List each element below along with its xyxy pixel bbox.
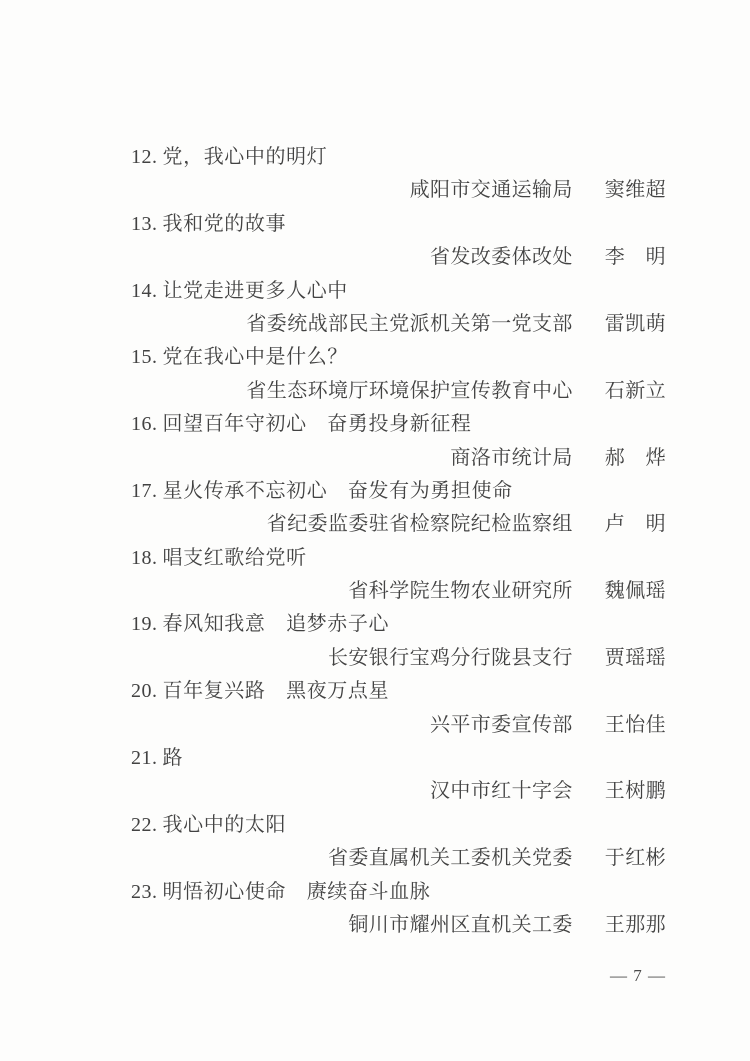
list-item: 22.我心中的太阳 省委直属机关工委机关党委于红彬 (131, 809, 666, 876)
entry-organization: 省委直属机关工委机关党委 (328, 847, 573, 869)
list-item: 18.唱支红歌给党听 省科学院生物农业研究所魏佩瑶 (131, 542, 666, 609)
entry-title: 我心中的太阳 (163, 814, 287, 836)
entry-organization: 汉中市红十字会 (430, 780, 573, 802)
entry-author: 李 明 (605, 241, 666, 274)
entry-number: 23. (131, 876, 158, 909)
page-number: — 7 — (610, 965, 666, 987)
list-item: 20.百年复兴路 黑夜万点星 兴平市委宣传部王怡佳 (131, 675, 666, 742)
entry-organization: 长安银行宝鸡分行陇县支行 (328, 647, 573, 669)
entry-title: 春风知我意 追梦赤子心 (163, 613, 390, 635)
entry-number: 17. (131, 475, 158, 508)
entry-title: 明悟初心使命 赓续奋斗血脉 (163, 881, 431, 903)
entry-title: 我和党的故事 (163, 213, 287, 235)
entry-author: 王怡佳 (605, 709, 666, 742)
entry-list: 12.党，我心中的明灯 咸阳市交通运输局窦维超 13.我和党的故事 省发改委体改… (131, 141, 666, 942)
entry-title: 星火传承不忘初心 奋发有为勇担使命 (163, 480, 513, 502)
entry-title: 让党走进更多人心中 (163, 280, 348, 302)
entry-organization: 省发改委体改处 (430, 246, 573, 268)
list-item: 16.回望百年守初心 奋勇投身新征程 商洛市统计局郝 烨 (131, 408, 666, 475)
entry-organization: 省委统战部民主党派机关第一党支部 (246, 313, 572, 335)
entry-author: 郝 烨 (605, 442, 666, 475)
entry-title: 唱支红歌给党听 (163, 547, 307, 569)
entry-author: 魏佩瑶 (605, 575, 666, 608)
entry-number: 21. (131, 742, 158, 775)
entry-author: 卢 明 (605, 508, 666, 541)
list-item: 15.党在我心中是什么？ 省生态环境厅环境保护宣传教育中心石新立 (131, 341, 666, 408)
entry-author: 石新立 (605, 375, 666, 408)
list-item: 13.我和党的故事 省发改委体改处李 明 (131, 208, 666, 275)
entry-author: 窦维超 (605, 174, 666, 207)
list-item: 23.明悟初心使命 赓续奋斗血脉 铜川市耀州区直机关工委王那那 (131, 876, 666, 943)
entry-organization: 省纪委监委驻省检察院纪检监察组 (267, 513, 573, 535)
entry-title: 党在我心中是什么？ (163, 346, 348, 368)
entry-number: 12. (131, 141, 158, 174)
entry-title: 党，我心中的明灯 (163, 146, 328, 168)
entry-number: 15. (131, 341, 158, 374)
entry-title: 路 (163, 747, 184, 769)
entry-title: 回望百年守初心 奋勇投身新征程 (163, 413, 472, 435)
list-item: 21.路 汉中市红十字会王树鹏 (131, 742, 666, 809)
entry-author: 王那那 (605, 909, 666, 942)
list-item: 19.春风知我意 追梦赤子心 长安银行宝鸡分行陇县支行贾瑶瑶 (131, 608, 666, 675)
list-item: 17.星火传承不忘初心 奋发有为勇担使命 省纪委监委驻省检察院纪检监察组卢 明 (131, 475, 666, 542)
entry-author: 雷凯萌 (605, 308, 666, 341)
entry-title: 百年复兴路 黑夜万点星 (163, 680, 390, 702)
entry-organization: 铜川市耀州区直机关工委 (348, 914, 572, 936)
entry-organization: 咸阳市交通运输局 (410, 179, 573, 201)
entry-organization: 兴平市委宣传部 (430, 714, 573, 736)
entry-organization: 省生态环境厅环境保护宣传教育中心 (246, 380, 572, 402)
entry-number: 19. (131, 608, 158, 641)
entry-number: 16. (131, 408, 158, 441)
entry-number: 13. (131, 208, 158, 241)
entry-author: 王树鹏 (605, 775, 666, 808)
scanned-document-page: 12.党，我心中的明灯 咸阳市交通运输局窦维超 13.我和党的故事 省发改委体改… (0, 0, 750, 1061)
entry-number: 20. (131, 675, 158, 708)
entry-organization: 商洛市统计局 (450, 447, 572, 469)
entry-number: 22. (131, 809, 158, 842)
entry-number: 14. (131, 275, 158, 308)
list-item: 12.党，我心中的明灯 咸阳市交通运输局窦维超 (131, 141, 666, 208)
entry-author: 于红彬 (605, 842, 666, 875)
entry-author: 贾瑶瑶 (605, 642, 666, 675)
entry-number: 18. (131, 542, 158, 575)
list-item: 14.让党走进更多人心中 省委统战部民主党派机关第一党支部雷凯萌 (131, 275, 666, 342)
entry-organization: 省科学院生物农业研究所 (348, 580, 572, 602)
